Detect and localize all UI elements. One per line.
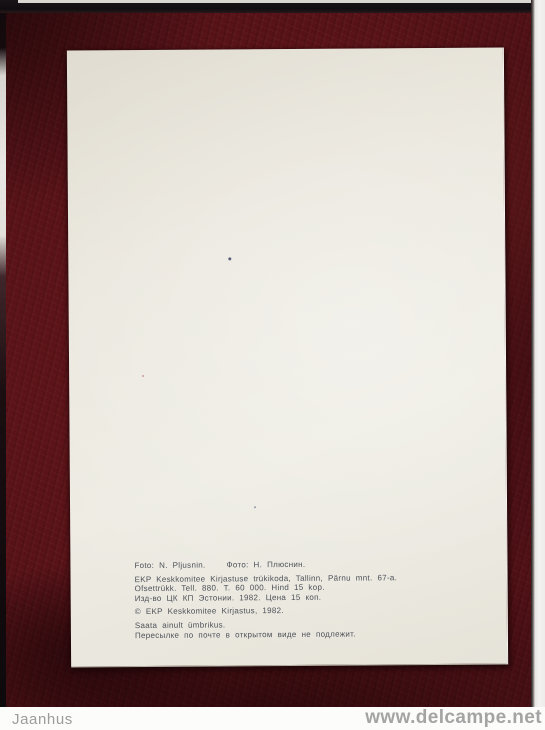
postcard-back: Foto: N. Pljusnin. Фото: Н. Плюснин. EKP… bbox=[67, 47, 508, 667]
right-scan-edge bbox=[531, 0, 545, 707]
top-scan-highlight bbox=[18, 0, 533, 3]
site-watermark: www.delcampe.net bbox=[365, 707, 542, 729]
copyright-line: © EKP Keskkomitee Kirjastus, 1982. bbox=[135, 606, 284, 616]
scan-photo: Foto: N. Pljusnin. Фото: Н. Плюснин. EKP… bbox=[0, 0, 545, 707]
paper-speck bbox=[254, 506, 256, 508]
postcard-imprint: Foto: N. Pljusnin. Фото: Н. Плюснин. EKP… bbox=[134, 558, 506, 561]
mailing-note-line: Пересылке по почте в открытом виде не по… bbox=[135, 630, 356, 641]
envelope-note-line: Saata ainult ümbrikus. bbox=[135, 620, 226, 630]
watermark-bar: Jaanhus www.delcampe.net bbox=[0, 707, 545, 730]
printer-line: EKP Keskkomitee Kirjastuse trükikoda, Ta… bbox=[135, 573, 398, 584]
seller-watermark: Jaanhus bbox=[12, 711, 73, 728]
photo-credit-russian: Фото: Н. Плюснин. bbox=[226, 560, 305, 570]
publisher-line: Изд-во ЦК КП Эстонии. 1982. Цена 15 коп. bbox=[135, 592, 322, 602]
paper-speck bbox=[142, 375, 144, 377]
paper-speck bbox=[228, 257, 231, 260]
left-scan-edge bbox=[0, 13, 6, 707]
photo-credit-line: Foto: N. Pljusnin. Фото: Н. Плюснин. bbox=[134, 560, 305, 570]
listing-image: Foto: N. Pljusnin. Фото: Н. Плюснин. EKP… bbox=[0, 0, 545, 730]
photo-credit-estonian: Foto: N. Pljusnin. bbox=[134, 561, 205, 570]
